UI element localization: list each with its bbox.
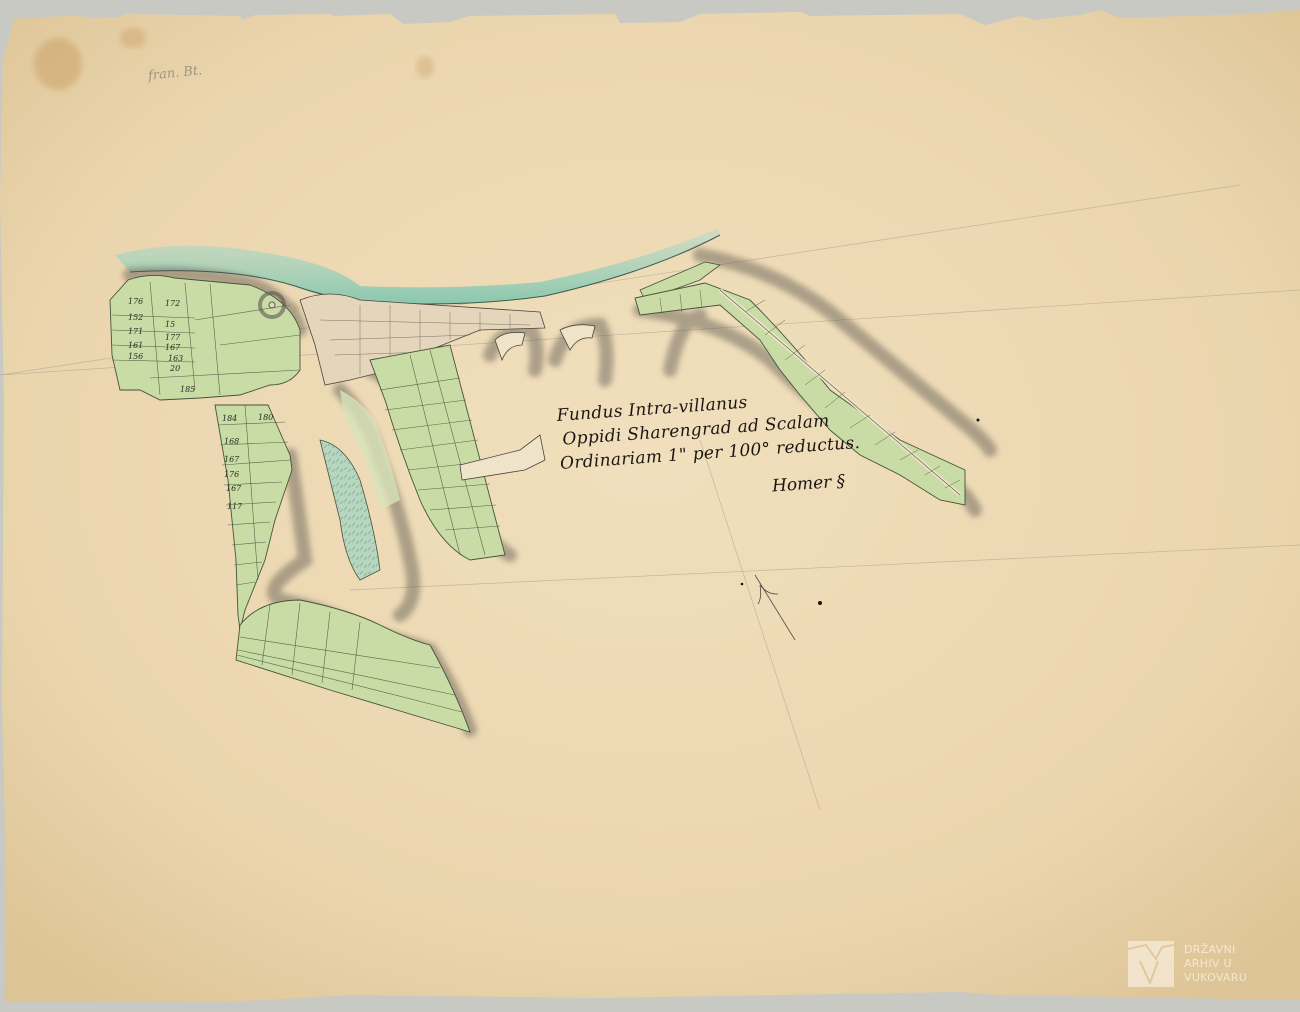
parcel-number: 184 (222, 414, 237, 423)
parcel-number: 117 (227, 502, 242, 511)
watermark-line-1: DRŽAVNI (1184, 943, 1247, 957)
parcel-number: 156 (128, 352, 143, 361)
parcel-number: 15 (165, 320, 175, 329)
parcel-number: 161 (128, 341, 143, 350)
parcel-number: 20 (170, 364, 180, 373)
parcel-number: 167 (226, 484, 241, 493)
parcel-number: 152 (128, 313, 143, 322)
watermark-line-2: ARHIV U (1184, 957, 1247, 971)
paper (0, 10, 1300, 1002)
parcel-number: 177 (165, 333, 180, 342)
parcel-number: 167 (224, 455, 239, 464)
parcel-number: 171 (128, 327, 143, 336)
parcel-number: 185 (180, 385, 195, 394)
watermark-line-3: VUKOVARU (1184, 971, 1247, 985)
archive-watermark: DRŽAVNI ARHIV U VUKOVARU (1128, 934, 1298, 994)
map-drawing (0, 0, 1300, 1012)
parcel-number: 176 (128, 297, 143, 306)
parcel-number: 163 (168, 354, 183, 363)
parcel-number: 168 (224, 437, 239, 446)
watermark-text: DRŽAVNI ARHIV U VUKOVARU (1184, 943, 1247, 985)
parcel-number: 172 (165, 299, 180, 308)
parcel-number: 176 (224, 470, 239, 479)
map-sheet: 1761721521517117716116715616320185184180… (0, 0, 1300, 1012)
parcel-number: 180 (258, 413, 273, 422)
archive-logo-icon (1128, 941, 1174, 987)
parcel-number: 167 (165, 343, 180, 352)
